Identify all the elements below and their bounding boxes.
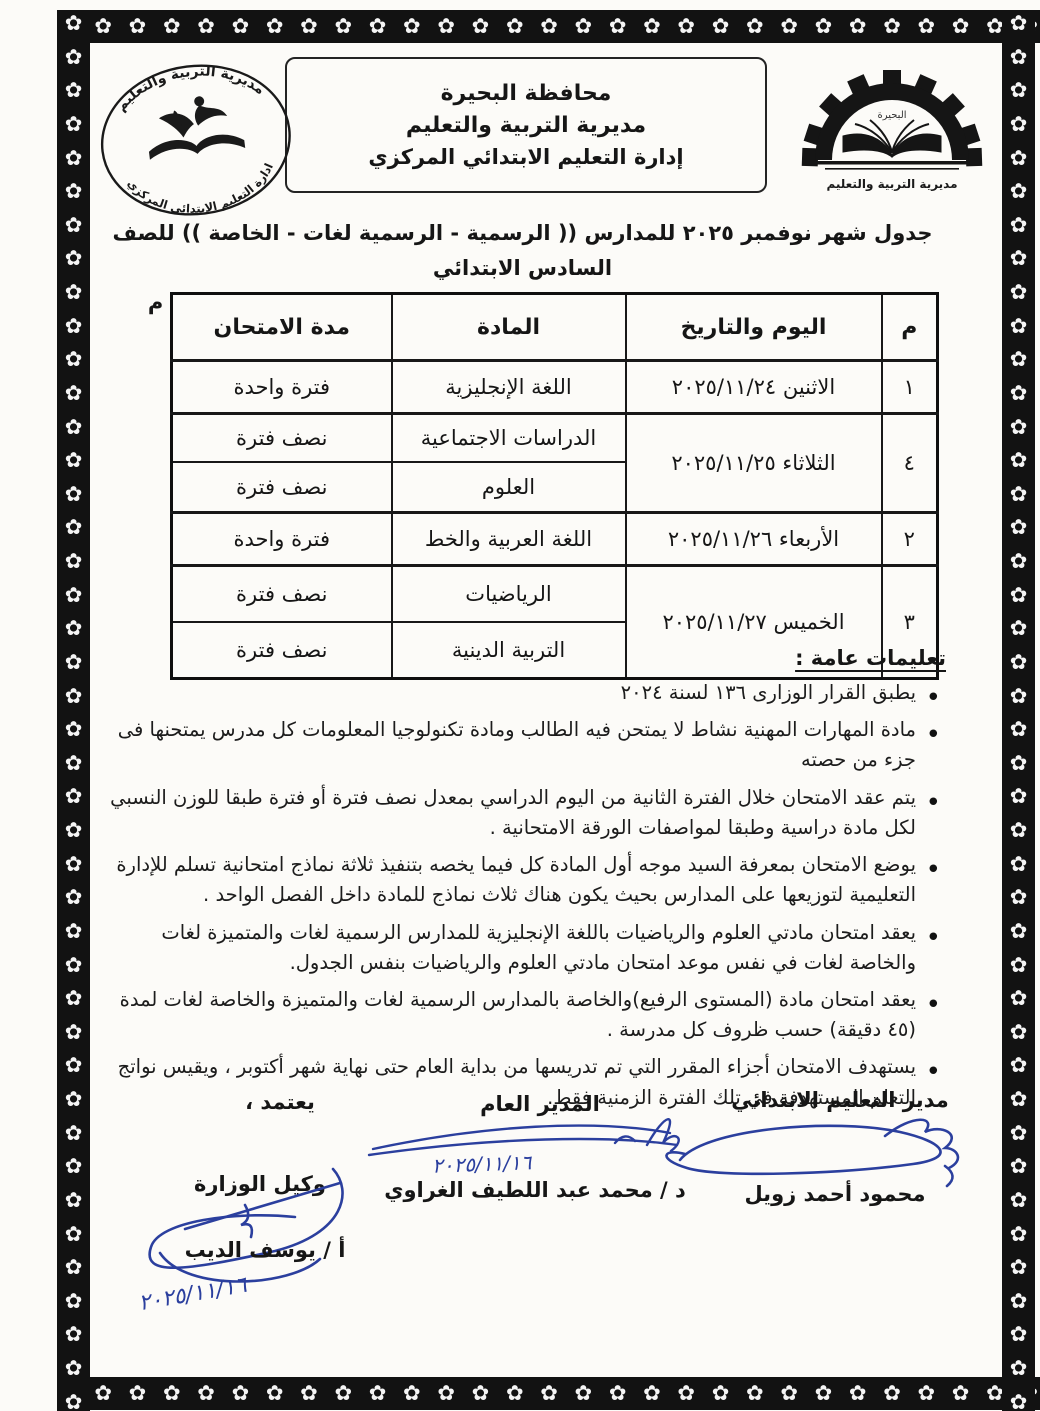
col-header-day-date: اليوم والتاريخ — [626, 294, 882, 361]
general-instructions: تعليمات عامة : يطبق القرار الوزارى ١٣٦ ل… — [98, 646, 946, 1120]
gear-logo-inner-text: البحيرة — [877, 110, 906, 121]
row-duration: نصف فترة — [172, 566, 392, 623]
row-number: ٤ — [882, 414, 938, 513]
row-subject: اللغة العربية والخط — [392, 513, 626, 566]
table-row: ٢ الأربعاء ٢٠٢٥/١١/٢٦ اللغة العربية والخ… — [172, 513, 938, 566]
border-bottom-ornament: ✿✿✿✿✿✿✿✿✿✿✿✿✿✿✿✿✿✿✿✿✿✿✿✿✿✿✿✿✿ — [57, 1377, 1040, 1410]
row-number: ٢ — [882, 513, 938, 566]
svg-text:ادارة التعليم الابتدائي المركز: ادارة التعليم الابتدائي المركزي — [124, 159, 281, 224]
table-row: ٣ الخميس ٢٠٢٥/١١/٢٧ الرياضيات نصف فترة — [172, 566, 938, 623]
instructions-list: يطبق القرار الوزارى ١٣٦ لسنة ٢٠٢٤ مادة ا… — [98, 678, 946, 1113]
stamp-top-text: مديرية التربية والتعليم — [109, 55, 269, 116]
row-day-date: الأربعاء ٢٠٢٥/١١/٢٦ — [626, 513, 882, 566]
svg-text:مديرية التربية والتعليم: مديرية التربية والتعليم — [109, 55, 269, 116]
governorate-name: محافظة البحيرة — [441, 81, 612, 106]
instruction-item: يوضع الامتحان بمعرفة السيد موجه أول الما… — [98, 850, 946, 910]
instruction-item: يتم عقد الامتحان خلال الفترة الثانية من … — [98, 783, 946, 843]
document-page: ✿✿✿✿✿✿✿✿✿✿✿✿✿✿✿✿✿✿✿✿✿✿✿✿✿✿✿✿✿ ✿✿✿✿✿✿✿✿✿✿… — [0, 0, 1040, 1411]
exam-schedule-table: م اليوم والتاريخ المادة مدة الامتحان ١ ا… — [170, 292, 939, 680]
row-duration: فترة واحدة — [172, 513, 392, 566]
table-row: ٤ الثلاثاء ٢٠٢٥/١١/٢٥ الدراسات الاجتماعي… — [172, 414, 938, 463]
col-header-duration: مدة الامتحان — [172, 294, 392, 361]
row-subject: الدراسات الاجتماعية — [392, 414, 626, 463]
instruction-item: يطبق القرار الوزارى ١٣٦ لسنة ٢٠٢٤ — [98, 678, 946, 708]
row-duration: نصف فترة — [172, 462, 392, 513]
general-director-signature-date: ٢٠٢٥/١١/١٦ — [432, 1150, 532, 1177]
row-duration: فترة واحدة — [172, 361, 392, 414]
table-row: ١ الاثنين ٢٠٢٥/١١/٢٤ اللغة الإنجليزية فت… — [172, 361, 938, 414]
col-header-subject: المادة — [392, 294, 626, 361]
row-number: ١ — [882, 361, 938, 414]
row-subject: العلوم — [392, 462, 626, 513]
gear-book-logo-icon: البحيرة مديرية التربية والتعليم — [795, 60, 990, 200]
primary-education-director-name: محمود أحمد زويل — [705, 1182, 965, 1206]
row-day-date: الثلاثاء ٢٠٢٥/١١/٢٥ — [626, 414, 882, 513]
table-header-row: م اليوم والتاريخ المادة مدة الامتحان — [172, 294, 938, 361]
stamp-bottom-text: ادارة التعليم الابتدائي المركزي — [124, 159, 281, 224]
gear-logo-caption: مديرية التربية والتعليم — [826, 177, 957, 192]
oval-stamp-logo: مديرية التربية والتعليم ادارة التعليم ال… — [82, 38, 311, 244]
row-subject: اللغة الإنجليزية — [392, 361, 626, 414]
gear-book-logo: البحيرة مديرية التربية والتعليم — [795, 60, 990, 200]
border-left-ornament: ✿✿✿✿✿✿✿✿✿✿✿✿✿✿✿✿✿✿✿✿✿✿✿✿✿✿✿✿✿✿✿✿✿✿✿✿✿✿✿✿… — [57, 10, 90, 1411]
schedule-title-line1: جدول شهر نوفمبر ٢٠٢٥ للمدارس (( الرسمية … — [100, 216, 945, 285]
border-top-ornament: ✿✿✿✿✿✿✿✿✿✿✿✿✿✿✿✿✿✿✿✿✿✿✿✿✿✿✿✿✿ — [57, 10, 1040, 43]
instruction-item: يعقد امتحان مادة (المستوى الرفيع)والخاصة… — [98, 985, 946, 1045]
approval-label: يعتمد ، — [215, 1090, 345, 1114]
general-director-name: د / محمد عبد اللطيف الغراوي — [380, 1178, 690, 1202]
row-day-date: الاثنين ٢٠٢٥/١١/٢٤ — [626, 361, 882, 414]
row-duration: نصف فترة — [172, 414, 392, 463]
instructions-heading: تعليمات عامة : — [98, 646, 946, 670]
administration-name: إدارة التعليم الابتدائي المركزي — [368, 145, 683, 169]
instruction-item: يعقد امتحان مادتي العلوم والرياضيات بالل… — [98, 918, 946, 978]
ministry-deputy-name: أ / يوسف الديب — [170, 1238, 360, 1262]
row-subject: الرياضيات — [392, 566, 626, 623]
letterhead-box: محافظة البحيرة مديرية التربية والتعليم إ… — [285, 57, 767, 193]
instruction-item: مادة المهارات المهنية نشاط لا يمتحن فيه … — [98, 715, 946, 775]
border-right-ornament: ✿✿✿✿✿✿✿✿✿✿✿✿✿✿✿✿✿✿✿✿✿✿✿✿✿✿✿✿✿✿✿✿✿✿✿✿✿✿✿✿… — [1002, 10, 1035, 1411]
col-header-number: م — [882, 294, 938, 361]
directorate-name: مديرية التربية والتعليم — [406, 113, 646, 138]
oval-stamp-logo-icon: مديرية التربية والتعليم ادارة التعليم ال… — [82, 38, 311, 244]
